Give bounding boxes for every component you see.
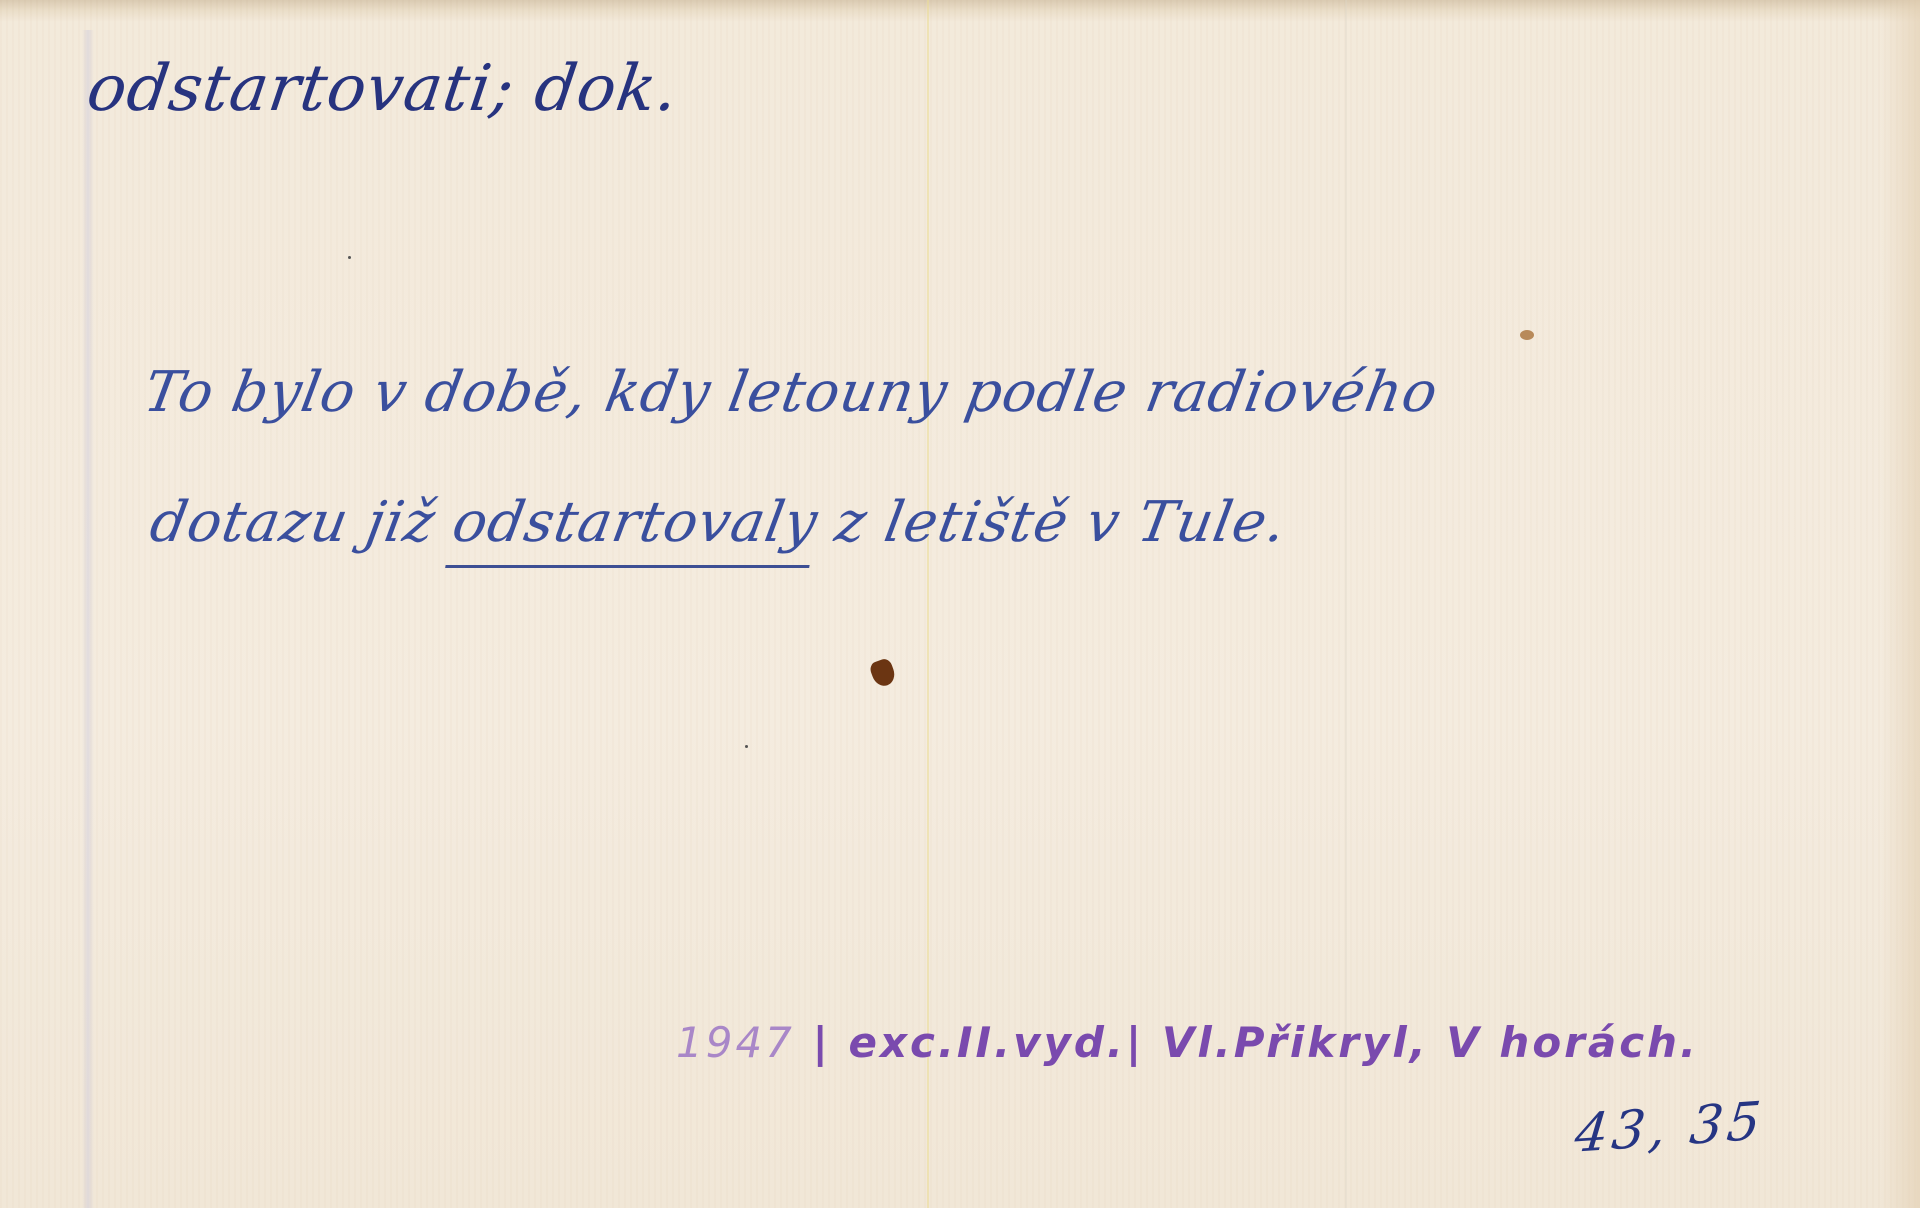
- quote-line-1: To bylo v době, kdy letouny podle radiov…: [139, 360, 1443, 425]
- ink-stain: [868, 657, 898, 689]
- headword: odstartovati; dok.: [83, 52, 683, 126]
- source-citation: | exc.II.vyd.| Vl.Přikryl, V horách.: [813, 1018, 1699, 1067]
- source-stamp: 1947 | exc.II.vyd.| Vl.Přikryl, V horách…: [676, 1018, 1699, 1067]
- margin-line: [82, 30, 94, 1208]
- speck: [745, 745, 748, 748]
- underlined-keyword: odstartovaly: [446, 490, 824, 568]
- quote-text-after: z letiště v Tule.: [830, 490, 1291, 555]
- stain-dot: [1520, 330, 1534, 340]
- quote-line-2: dotazu již odstartovaly z letiště v Tule…: [143, 490, 1291, 568]
- source-year: 1947: [676, 1018, 795, 1067]
- page-reference: 43, 35: [1572, 1091, 1767, 1165]
- quote-text-before: dotazu již: [145, 490, 440, 555]
- index-card: odstartovati; dok. To bylo v době, kdy l…: [0, 0, 1920, 1208]
- speck: [348, 256, 351, 259]
- paper-edge-shadow: [1880, 0, 1920, 1208]
